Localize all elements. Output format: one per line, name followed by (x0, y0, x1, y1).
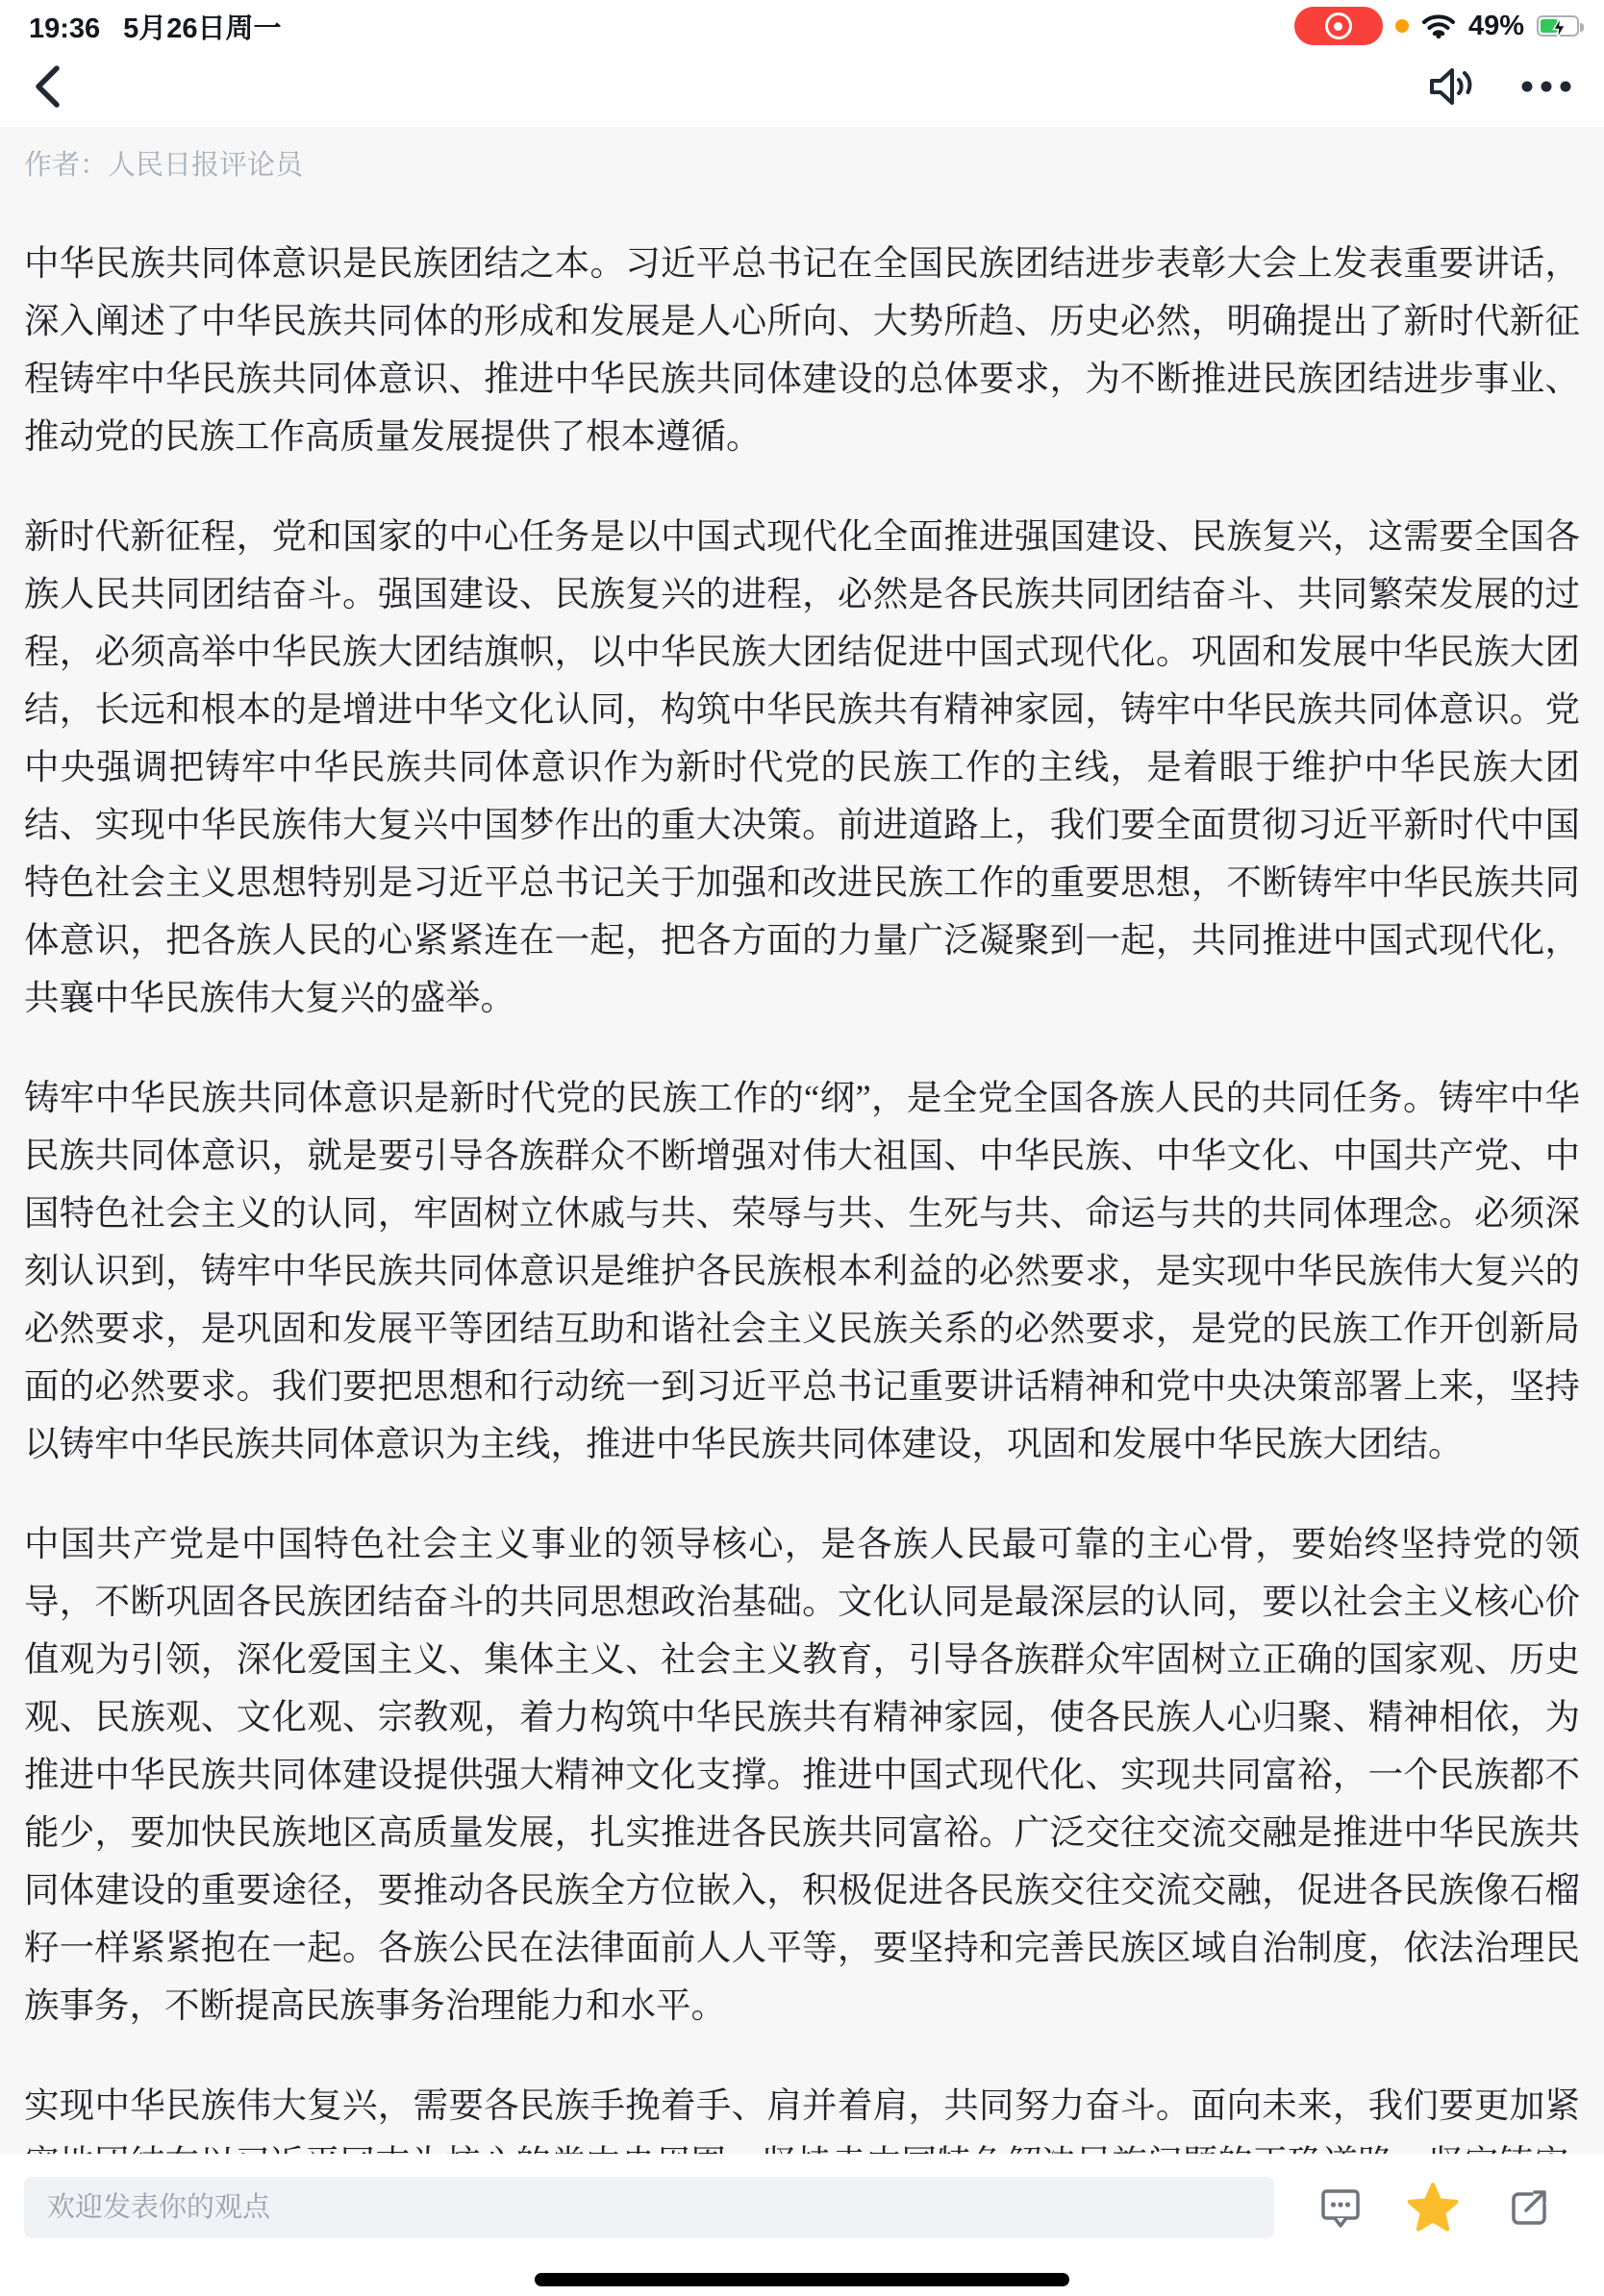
star-icon (1406, 2181, 1460, 2234)
wifi-icon (1421, 12, 1456, 39)
comments-button[interactable] (1316, 2183, 1366, 2233)
article-paragraph: 新时代新征程，党和国家的中心任务是以中国式现代化全面推进强国建设、民族复兴，这需… (24, 508, 1580, 1027)
battery-icon (1537, 15, 1579, 37)
header: 19:36 5月26日周一 49% (0, 0, 1604, 127)
home-indicator[interactable] (535, 2273, 1069, 2286)
comment-input[interactable] (24, 2177, 1274, 2238)
speaker-icon (1427, 65, 1477, 108)
article-body: 中华民族共同体意识是民族团结之本。习近平总书记在全国民族团结进步表彰大会上发表重… (24, 235, 1580, 2192)
article-author: 作者：人民日报评论员 (24, 144, 1580, 187)
record-icon (1325, 12, 1352, 39)
article-scroll-area[interactable]: 作者：人民日报评论员 中华民族共同体意识是民族团结之本。习近平总书记在全国民族团… (0, 127, 1604, 2296)
nav-actions (1427, 65, 1573, 108)
read-aloud-button[interactable] (1427, 65, 1477, 108)
article-paragraph: 铸牢中华民族共同体意识是新时代党的民族工作的“纲”，是全党全国各族人民的共同任务… (24, 1069, 1580, 1473)
ellipsis-icon (1519, 79, 1573, 94)
nav-bar (0, 46, 1604, 127)
share-button[interactable] (1504, 2183, 1554, 2233)
status-right: 49% (1294, 7, 1579, 45)
status-bar: 19:36 5月26日周一 49% (0, 0, 1604, 46)
comment-bubble-icon (1318, 2184, 1363, 2231)
comment-toolbar (0, 2154, 1604, 2296)
share-icon (1507, 2185, 1551, 2230)
favorite-button[interactable] (1408, 2183, 1458, 2233)
article-paragraph: 中国共产党是中国特色社会主义事业的领导核心，是各族人民最可靠的主心骨，要始终坚持… (24, 1515, 1580, 2034)
battery-percent: 49% (1468, 11, 1524, 42)
back-button[interactable] (31, 63, 63, 110)
more-button[interactable] (1519, 79, 1573, 94)
charging-bolt-icon (1552, 16, 1566, 39)
mic-active-dot (1395, 19, 1409, 33)
clock-time: 19:36 (29, 13, 100, 45)
article-paragraph: 中华民族共同体意识是民族团结之本。习近平总书记在全国民族团结进步表彰大会上发表重… (24, 235, 1580, 465)
screen-recording-indicator[interactable] (1294, 7, 1383, 45)
clock-date: 5月26日周一 (123, 7, 281, 46)
back-chevron-icon (31, 63, 63, 110)
status-left: 19:36 5月26日周一 (29, 7, 282, 46)
